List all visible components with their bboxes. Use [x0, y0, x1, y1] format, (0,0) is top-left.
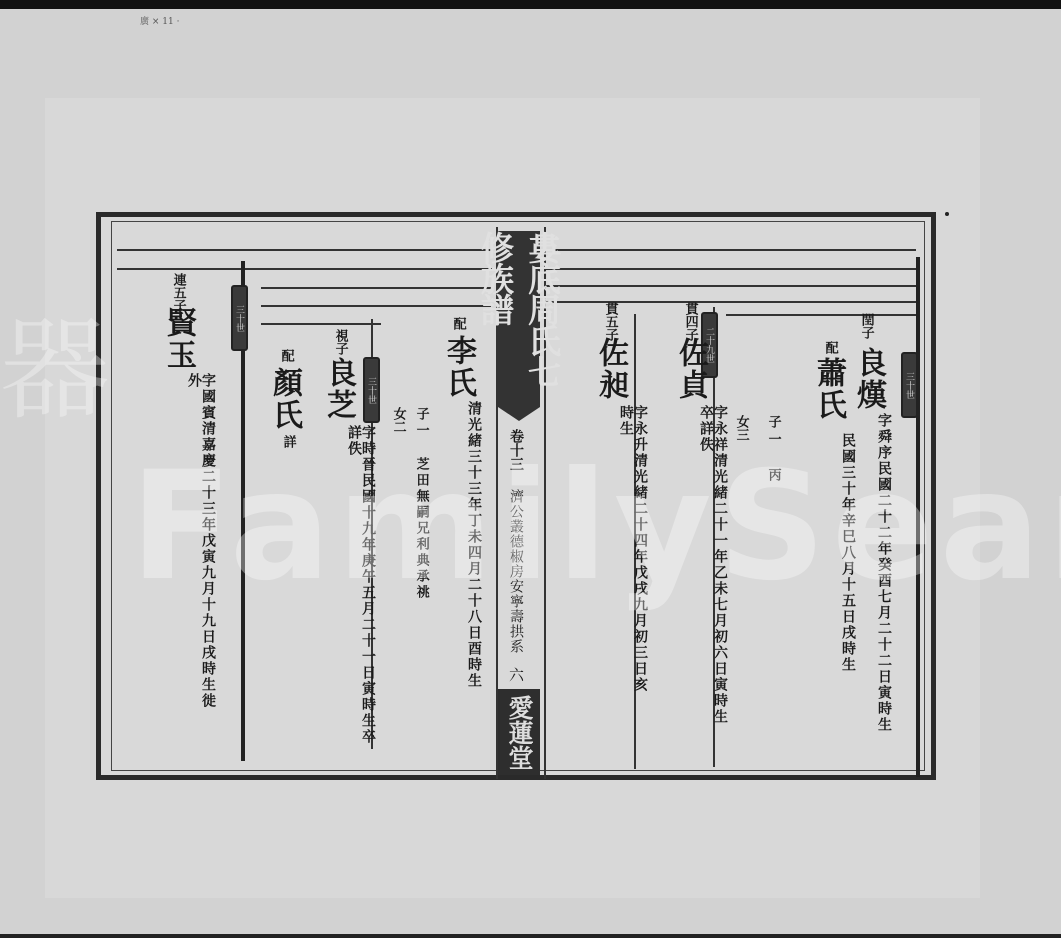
person-name: 良熯	[853, 347, 883, 411]
generation-tag: 三十世	[901, 352, 918, 418]
rule	[546, 268, 916, 270]
rule	[261, 287, 491, 289]
rule	[117, 249, 492, 251]
person-detail: 字永祥清光緒二十一年乙未七月初六日寅時生卒詳佚	[699, 405, 727, 735]
relation-label: 配	[451, 317, 465, 330]
person-detail: 清光緒三十三年丁未四月二十八日酉時生	[467, 401, 481, 701]
person-name: 李氏	[443, 335, 473, 399]
scanner-top-edge	[0, 0, 1061, 9]
hall-name: 愛蓮堂	[498, 689, 540, 775]
scanner-bottom-edge	[0, 934, 1061, 938]
rule	[261, 305, 491, 307]
person-detail: 字時晉民國十九年庚午五月二十一日寅時生卒詳佚	[347, 425, 375, 745]
relation-label: 配	[279, 349, 293, 362]
relation-label: 閏子	[859, 313, 873, 339]
rule	[546, 285, 916, 287]
page-number: 六	[506, 667, 527, 682]
person-detail: 民國三十年辛巳八月十五日戌時生	[841, 433, 855, 733]
person-detail: 字舜序民國二十二年癸酉七月二十二日寅時生	[877, 413, 891, 783]
person-detail: 字國賓清嘉慶二十三年戊寅九月十九日戌時生徙外	[187, 373, 215, 713]
person-detail: 字永升清光緒二十四年戊戌九月初三日亥時生	[619, 405, 647, 705]
rule	[117, 268, 492, 270]
woodblock-frame: 婁底周氏七修族譜 卷十三 濟公叢德椒房安寧壽拱系 六 愛蓮堂 三十世 閏子 良熯…	[96, 212, 936, 780]
relation-label: 貫四子	[683, 302, 697, 341]
column-divider	[916, 257, 920, 777]
person-name: 佐貞	[675, 337, 705, 401]
center-title-band: 婁底周氏七修族譜 卷十三 濟公叢德椒房安寧壽拱系 六 愛蓮堂	[496, 227, 546, 779]
rule	[546, 249, 916, 251]
children-note: 子一 丙	[766, 415, 780, 485]
relation-label: 配	[823, 341, 837, 354]
rule	[261, 323, 381, 325]
genealogy-title: 婁底周氏七修族譜	[498, 231, 540, 407]
person-name: 顏氏	[269, 367, 299, 431]
children-note: 女二	[391, 407, 405, 433]
person-name: 賢玉	[163, 307, 193, 371]
lineage-label: 濟公叢德椒房安寧壽拱系	[506, 489, 526, 654]
rule	[546, 301, 916, 303]
person-name: 佐昶	[595, 337, 625, 401]
watermark-logo-icon: 器	[0, 310, 100, 610]
fishtail-mark	[498, 407, 540, 421]
rule	[726, 314, 916, 316]
person-name: 良芝	[323, 357, 353, 421]
relation-label: 視子	[333, 329, 347, 355]
generation-tag: 三十世	[231, 285, 248, 351]
person-detail: 詳	[281, 435, 295, 448]
relation-label: 貫五子	[603, 302, 617, 341]
children-note: 子一 芝田無嗣兄利典承祧	[414, 407, 428, 607]
corner-handwritten-note: 廣 × 11 ·	[140, 14, 179, 27]
ink-speck	[945, 212, 949, 216]
generation-tag: 三十世	[363, 357, 380, 423]
children-note: 女三	[734, 415, 748, 441]
person-name: 蕭氏	[813, 357, 843, 421]
volume-label: 卷十三	[506, 429, 526, 471]
